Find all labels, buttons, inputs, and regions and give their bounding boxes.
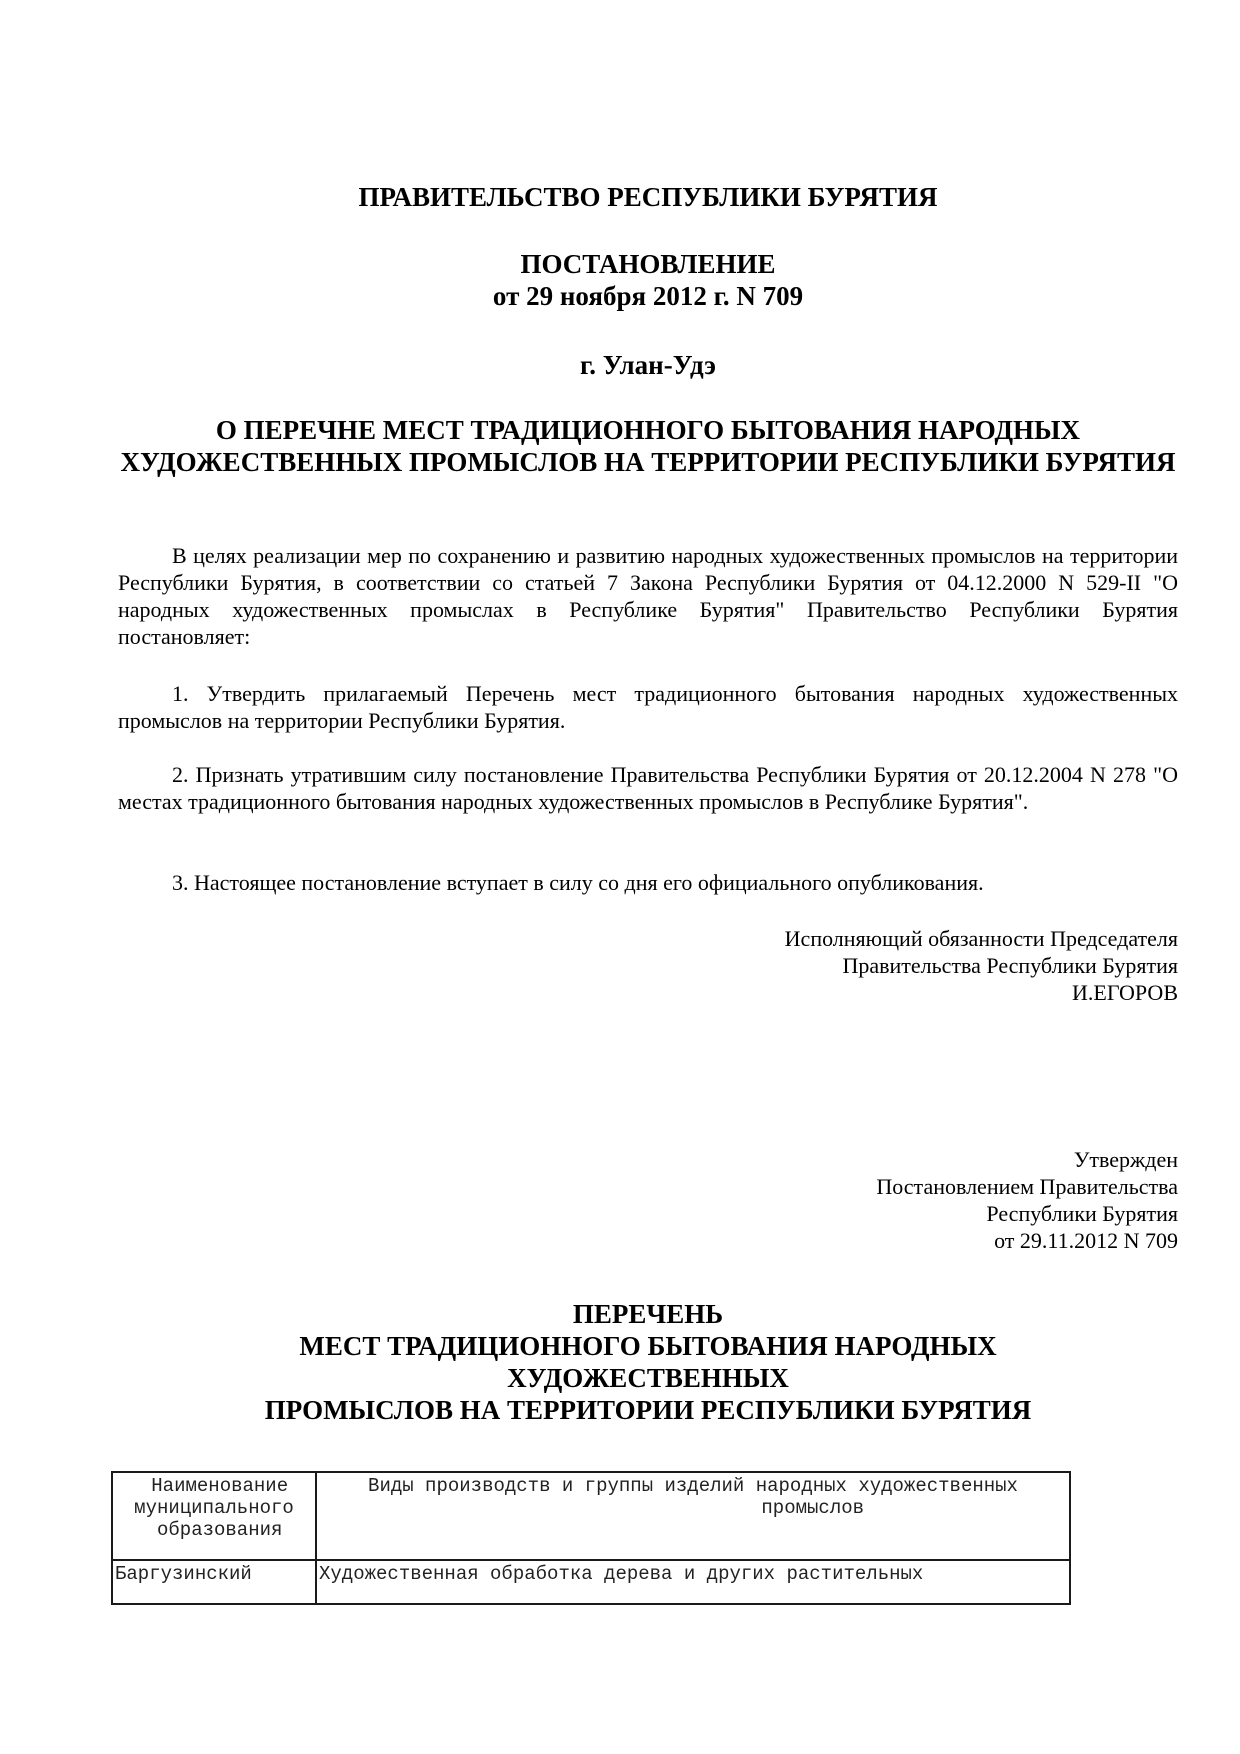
list-title-line4: ПРОМЫСЛОВ НА ТЕРРИТОРИИ РЕСПУБЛИКИ БУРЯТ… [118, 1394, 1178, 1426]
signature-position-line2: Правительства Республики Бурятия [118, 952, 1178, 979]
list-title-line1: ПЕРЕЧЕНЬ [118, 1298, 1178, 1330]
government-title: ПРАВИТЕЛЬСТВО РЕСПУБЛИКИ БУРЯТИЯ [118, 182, 1178, 213]
approval-line1: Утвержден [118, 1146, 1178, 1173]
approval-line2: Постановлением Правительства [118, 1173, 1178, 1200]
table-row: Баргузинский Художественная обработка де… [112, 1560, 1070, 1604]
table-cell-crafts: Художественная обработка дерева и других… [316, 1560, 1070, 1604]
approval-line3: Республики Бурятия [118, 1200, 1178, 1227]
crafts-table: Наименование муниципального образования … [111, 1471, 1071, 1605]
document-date: от 29 ноября 2012 г. N 709 [118, 281, 1178, 312]
document-place: г. Улан-Удэ [118, 350, 1178, 381]
document-subject: О ПЕРЕЧНЕ МЕСТ ТРАДИЦИОННОГО БЫТОВАНИЯ Н… [118, 414, 1178, 478]
approval-block: Утвержден Постановлением Правительства Р… [118, 1146, 1178, 1254]
resolution-item-1: 1. Утвердить прилагаемый Перечень мест т… [118, 680, 1178, 734]
list-title: ПЕРЕЧЕНЬ МЕСТ ТРАДИЦИОННОГО БЫТОВАНИЯ НА… [118, 1298, 1178, 1426]
signature-position-line1: Исполняющий обязанности Председателя [118, 925, 1178, 952]
document-type: ПОСТАНОВЛЕНИЕ [118, 249, 1178, 280]
list-title-line3: ХУДОЖЕСТВЕННЫХ [118, 1362, 1178, 1394]
table-header-municipality: Наименование муниципального образования [112, 1472, 316, 1560]
preamble-paragraph: В целях реализации мер по сохранению и р… [118, 542, 1178, 650]
signature-name: И.ЕГОРОВ [118, 979, 1178, 1006]
resolution-item-2: 2. Признать утратившим силу постановлени… [118, 761, 1178, 815]
signature-block: Исполняющий обязанности Председателя Пра… [118, 925, 1178, 1006]
approval-line4: от 29.11.2012 N 709 [118, 1227, 1178, 1254]
table-cell-municipality: Баргузинский [112, 1560, 316, 1604]
list-title-line2: МЕСТ ТРАДИЦИОННОГО БЫТОВАНИЯ НАРОДНЫХ [118, 1330, 1178, 1362]
table-header-crafts: Виды производств и группы изделий народн… [316, 1472, 1070, 1560]
resolution-item-3: 3. Настоящее постановление вступает в си… [118, 869, 1178, 896]
table-header-row: Наименование муниципального образования … [112, 1472, 1070, 1560]
